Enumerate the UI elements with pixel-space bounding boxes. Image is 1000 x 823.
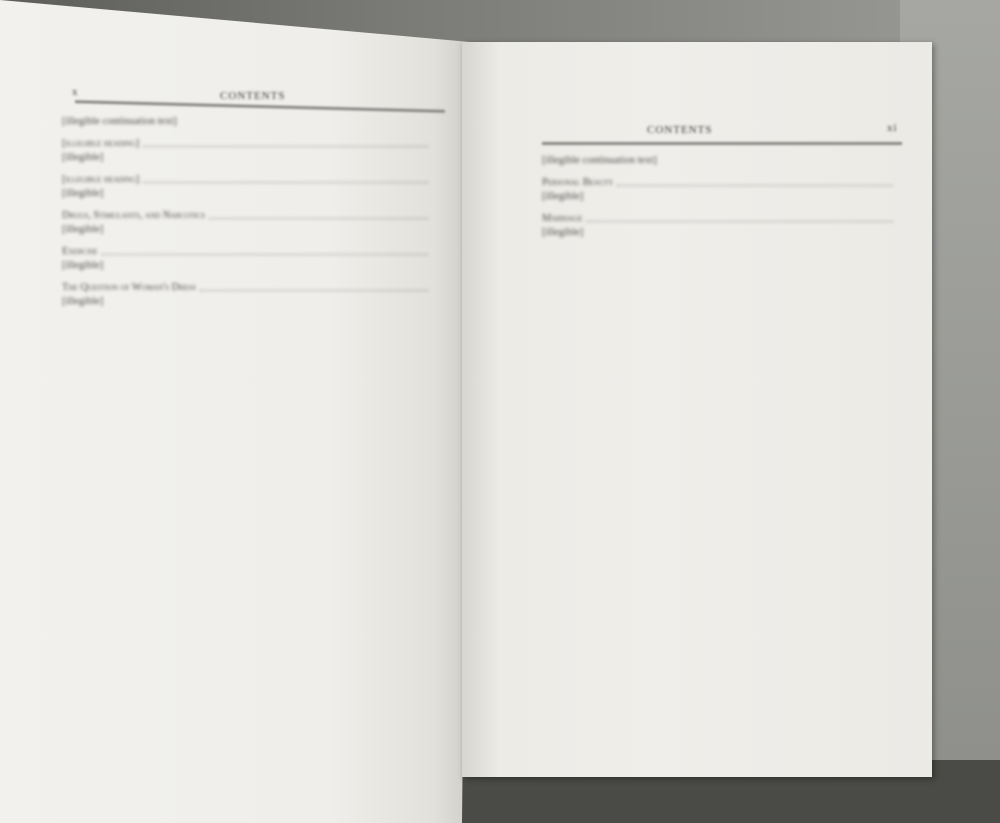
right-running-head: CONTENTS [647, 124, 712, 136]
header-rule [75, 100, 445, 113]
left-running-head: CONTENTS [220, 90, 285, 102]
header-rule [542, 142, 902, 145]
right-page: CONTENTS xi [illegible continuation text… [462, 42, 932, 777]
left-page-contents: [illegible continuation text] [illegible… [62, 115, 432, 317]
right-page-number: xi [887, 122, 898, 134]
left-page-number: x [72, 86, 79, 98]
left-page: x CONTENTS [illegible continuation text]… [0, 0, 470, 823]
right-page-contents: [illegible continuation text] Personal B… [542, 154, 897, 248]
